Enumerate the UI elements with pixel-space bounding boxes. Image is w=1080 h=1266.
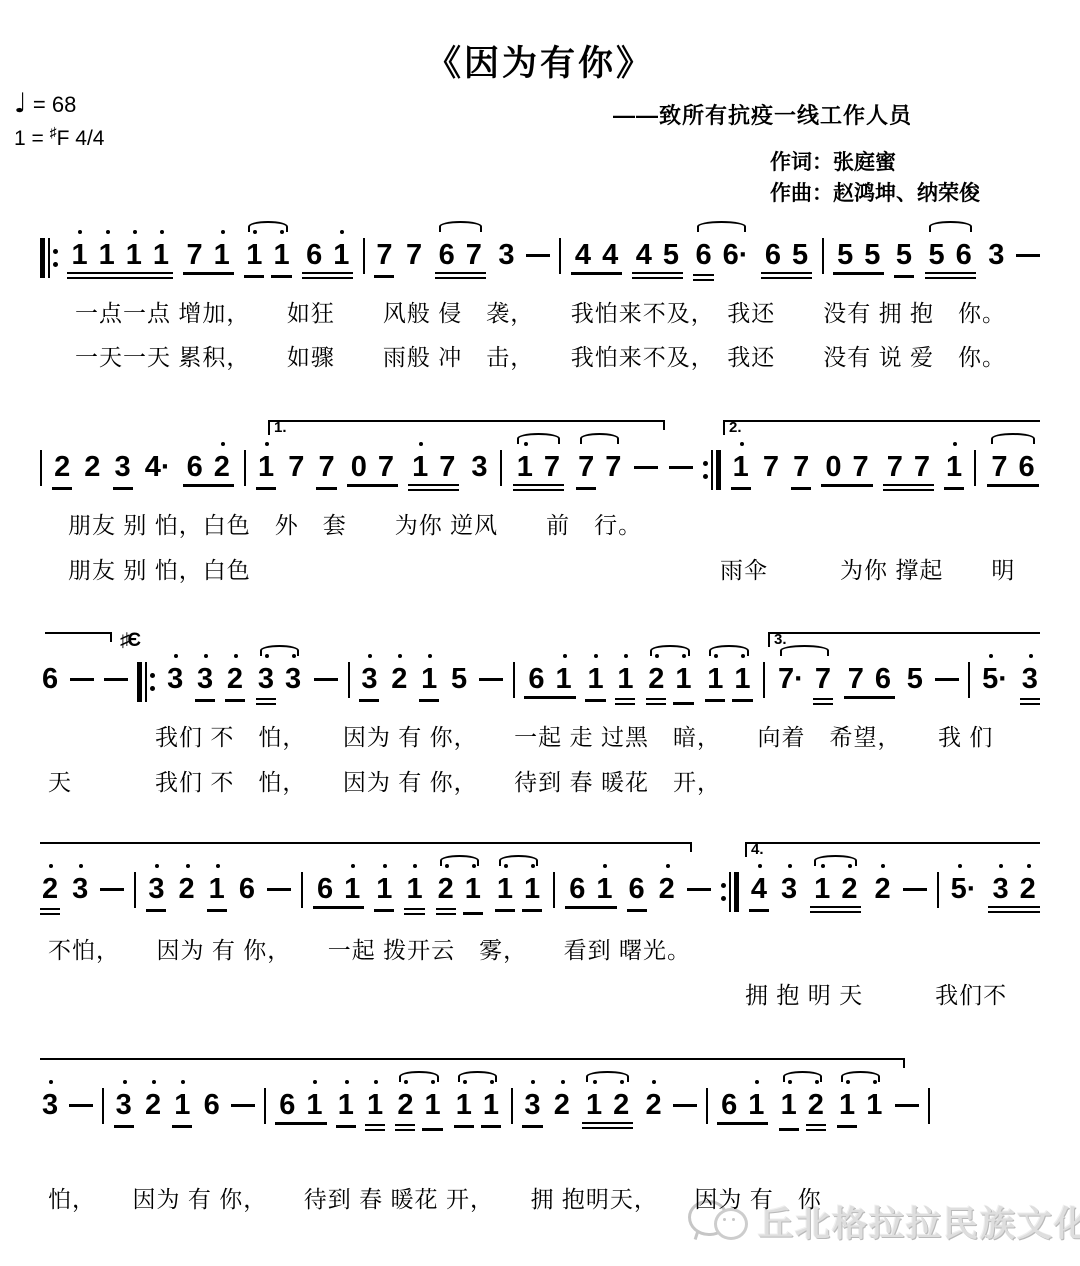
note: 1 xyxy=(463,872,483,915)
note: 3 xyxy=(165,662,185,696)
note: 1 xyxy=(594,872,614,906)
note: 6 xyxy=(437,238,457,272)
note: 6 xyxy=(202,1088,222,1122)
note: 7 xyxy=(374,238,394,278)
volta-bracket xyxy=(45,632,110,646)
note: 3 xyxy=(70,872,90,906)
duration-dash xyxy=(479,678,503,681)
beam-group: 44 xyxy=(571,238,622,275)
end-repeat-barline xyxy=(721,872,739,912)
note: 1 xyxy=(256,450,276,490)
lyric-line-1-verse1: 一点一点 增加， 如狂 风般 侵 袭， 我怕来不及， 我还 没有 拥 抱 你。 xyxy=(75,300,1006,328)
duration-dash xyxy=(1016,254,1040,257)
note: 0 xyxy=(823,450,843,484)
note: 1 xyxy=(731,450,751,490)
note: 5 xyxy=(449,662,469,696)
note: 5 xyxy=(835,238,855,272)
thick-bar xyxy=(137,662,142,702)
note: 2 xyxy=(225,662,245,702)
thin-bar xyxy=(729,872,731,912)
note: 7 xyxy=(376,450,396,484)
note: 2 xyxy=(611,1088,631,1122)
duration-dash xyxy=(895,1104,919,1107)
slur-group: 11 xyxy=(494,872,543,912)
note: 2 xyxy=(52,450,72,490)
music-line-5: 332166111211132122611211 xyxy=(40,1088,930,1148)
barline xyxy=(134,872,136,908)
note: 1 xyxy=(422,1088,442,1131)
thin-bar xyxy=(711,450,713,490)
note: 6· xyxy=(721,238,751,281)
slur-group: 12 xyxy=(581,1088,634,1129)
segno-mark: ♯Є xyxy=(120,630,139,652)
note: 1 xyxy=(837,1088,857,1128)
note: 5 xyxy=(790,238,810,272)
note: 3 xyxy=(359,662,379,702)
note: 7 xyxy=(404,238,424,272)
barline xyxy=(348,662,350,698)
note: 1 xyxy=(732,662,752,702)
note: 2 xyxy=(657,872,677,906)
sheet-music-page: 《因为有你》 ♩ = 68 1 = ♯F 4/4 ——致所有抗疫一线工作人员 作… xyxy=(0,0,1080,1266)
slur-group: 67 xyxy=(434,238,487,279)
note: 7 xyxy=(603,450,623,490)
note: 1 xyxy=(673,662,693,705)
note: 4 xyxy=(600,238,620,272)
beam-group: 1111 xyxy=(67,238,173,279)
barline xyxy=(244,450,246,486)
thin-bar xyxy=(48,238,50,278)
repeat-dots xyxy=(150,662,155,702)
slur-group: 11 xyxy=(243,238,292,278)
lyric-line-2-verse1: 朋友 别 怕，白色 外 套 为你 逆风 前 行。 xyxy=(68,512,642,540)
sharp-icon: ♯ xyxy=(50,124,57,140)
barline xyxy=(928,1088,930,1124)
music-line-1: 111171116177673444566·65555563 xyxy=(40,238,1040,298)
note: 1 xyxy=(207,872,227,912)
duration-dash xyxy=(935,678,959,681)
slur-group: 7·7 xyxy=(775,662,834,705)
note: 4 xyxy=(634,238,654,272)
note: 6 xyxy=(526,662,546,696)
note: 7 xyxy=(576,450,596,490)
note: 2 xyxy=(643,1088,663,1122)
note: 1 xyxy=(584,1088,604,1122)
note: 7 xyxy=(185,238,205,272)
music-line-2: 2234·6217707173177717707771761.2. xyxy=(40,450,1040,510)
lyric-line-3-verse1: 我们 不 怕， 因为 有 你， 一起 走 过黑 暗， 向着 希望， 我 们 xyxy=(155,724,993,752)
note: 6 xyxy=(277,1088,297,1122)
note: 3 xyxy=(1020,662,1040,705)
beam-group: 17 xyxy=(408,450,459,491)
thin-bar xyxy=(145,662,147,702)
barline xyxy=(513,662,515,698)
beam-group: 55 xyxy=(833,238,884,275)
volta-label: 1. xyxy=(268,420,287,435)
beam-group: 61 xyxy=(524,662,575,699)
note: 6 xyxy=(567,872,587,906)
note: 3 xyxy=(256,662,276,705)
note: 5 xyxy=(862,238,882,272)
slur-group: 76 xyxy=(986,450,1039,487)
note: 1 xyxy=(554,662,574,696)
duration-dash xyxy=(267,888,291,891)
volta-bracket: 4. xyxy=(745,842,1040,856)
note: 1 xyxy=(212,238,232,272)
beam-group: 17 xyxy=(513,450,564,491)
note: 7 xyxy=(791,450,811,490)
note: 7 xyxy=(542,450,562,484)
note: 1 xyxy=(244,238,264,278)
notation-row-1: 111171116177673444566·65555563 xyxy=(40,238,1040,281)
key-signature: 1 = ♯F 4/4 xyxy=(14,124,104,151)
note: 6 xyxy=(719,1088,739,1122)
note: 2 xyxy=(82,450,102,484)
end-repeat-barline xyxy=(703,450,721,490)
duration-dash xyxy=(687,888,711,891)
note: 7 xyxy=(813,662,833,705)
note: 2 xyxy=(212,450,232,484)
note: 2 xyxy=(839,872,859,906)
barline xyxy=(511,1088,513,1124)
duration-dash xyxy=(100,888,124,891)
note: 7 xyxy=(464,238,484,272)
beam-group: 65 xyxy=(761,238,812,279)
note: 3 xyxy=(146,872,166,912)
volta-bracket xyxy=(40,842,690,856)
note: 6 xyxy=(954,238,974,272)
note: 1 xyxy=(69,238,89,272)
note: 2 xyxy=(436,872,456,915)
music-line-3: 6332333215611121117·77655·33.♯Є xyxy=(40,662,1040,722)
beam-group: 61 xyxy=(275,1088,326,1125)
begin-repeat-barline xyxy=(137,662,155,702)
beam-group: 07 xyxy=(821,450,872,487)
note: 1 xyxy=(515,450,535,484)
beam-group: 76 xyxy=(987,450,1038,487)
slur-group: 21 xyxy=(645,662,694,705)
note: 1 xyxy=(304,1088,324,1122)
note: 2 xyxy=(646,662,666,705)
duration-dash xyxy=(903,888,927,891)
beam-group: 77 xyxy=(883,450,934,491)
notation-row-3: 6332333215611121117·77655·3 xyxy=(40,662,1040,705)
duration-dash xyxy=(634,466,658,469)
note: 3 xyxy=(779,872,799,906)
dedication: ——致所有抗疫一线工作人员 xyxy=(613,99,912,130)
repeat-dots xyxy=(721,872,726,912)
note: 1 xyxy=(705,662,725,702)
note: 3 xyxy=(113,450,133,490)
volta-bracket: 1. xyxy=(268,420,663,434)
thick-bar xyxy=(40,238,45,278)
notation-row-4: 233216611121116162431225·32 xyxy=(40,872,1040,915)
note: 2 xyxy=(806,1088,826,1131)
note: 2 xyxy=(143,1088,163,1122)
slur-group: 17 xyxy=(512,450,565,491)
duration-dash xyxy=(314,678,338,681)
note: 0 xyxy=(349,450,369,484)
key-value: F 4/4 xyxy=(57,127,105,150)
composer-credit: 作曲：赵鸿坤、纳荣俊 xyxy=(770,177,980,207)
beam-group: 62 xyxy=(183,450,234,487)
note: 1 xyxy=(124,238,144,272)
note: 5· xyxy=(980,662,1010,696)
note: 1 xyxy=(812,872,832,906)
duration-dash xyxy=(673,1104,697,1107)
lyric-line-3-verse2-pickup: 天 xyxy=(48,769,72,797)
note: 2 xyxy=(552,1088,572,1122)
slur-group: 12 xyxy=(809,872,862,913)
volta-bracket xyxy=(40,1058,903,1072)
note: 1 xyxy=(342,872,362,906)
lyric-line-2-verse2-right: 雨伞 为你 撑起 明 xyxy=(720,557,1015,585)
barline xyxy=(264,1088,266,1124)
slur-group: 33 xyxy=(255,662,304,705)
note: 6 xyxy=(873,662,893,696)
beam-group: 61 xyxy=(717,1088,768,1125)
note: 1 xyxy=(481,1088,501,1128)
note: 4· xyxy=(143,450,173,484)
note: 7 xyxy=(989,450,1009,484)
beam-group: 07 xyxy=(347,450,398,487)
note: 1 xyxy=(495,872,515,912)
barline xyxy=(559,238,561,274)
note: 7 xyxy=(846,662,866,696)
note: 1 xyxy=(585,662,605,702)
lyric-line-1-verse2: 一天一天 累积， 如骤 雨般 冲 击， 我怕来不及， 我还 没有 说 爱 你。 xyxy=(75,344,1006,372)
slur-group: 77 xyxy=(575,450,624,490)
beam-group: 56 xyxy=(925,238,976,279)
note: 6 xyxy=(185,450,205,484)
barline xyxy=(500,450,502,486)
barline xyxy=(102,1088,104,1124)
note: 4 xyxy=(749,872,769,912)
lyric-line-3-verse2: 我们 不 怕， 因为 有 你， 待到 春 暖花 开， xyxy=(155,769,721,797)
note: 3 xyxy=(990,872,1010,906)
duration-dash xyxy=(231,1104,255,1107)
note: 1 xyxy=(97,238,117,272)
barline xyxy=(937,872,939,908)
note: 1 xyxy=(404,872,424,915)
note: 1 xyxy=(172,1088,192,1128)
volta-bracket: 2. xyxy=(723,420,1040,434)
song-title: 《因为有你》 xyxy=(0,36,1080,86)
slur-group: 12 xyxy=(778,1088,827,1131)
note: 6 xyxy=(237,872,257,906)
note: 1 xyxy=(365,1088,385,1131)
note: 1 xyxy=(419,662,439,702)
note: 7 xyxy=(761,450,781,484)
note: 5 xyxy=(661,238,681,272)
lyric-line-2-verse2-left: 朋友 别 怕，白色 xyxy=(68,557,251,585)
note: 3 xyxy=(469,450,489,484)
thick-bar xyxy=(734,872,739,912)
barline xyxy=(968,662,970,698)
duration-dash xyxy=(70,678,94,681)
beam-group: 61 xyxy=(302,238,353,279)
barline xyxy=(822,238,824,274)
note: 3 xyxy=(40,1088,60,1122)
note: 1 xyxy=(374,872,394,912)
begin-repeat-barline xyxy=(40,238,58,278)
slur-group: 11 xyxy=(836,1088,885,1128)
repeat-dots xyxy=(703,450,708,490)
note: 2 xyxy=(1018,872,1038,906)
tempo-value: = 68 xyxy=(33,92,76,117)
note: 1 xyxy=(746,1088,766,1122)
duration-dash xyxy=(669,466,693,469)
volta-label: 2. xyxy=(723,420,742,435)
quarter-note-icon: ♩ xyxy=(14,88,27,119)
note: 1 xyxy=(151,238,171,272)
note: 1 xyxy=(331,238,351,272)
beam-group: 76 xyxy=(844,662,895,699)
note: 2 xyxy=(872,872,892,906)
note: 1 xyxy=(944,450,964,490)
beam-group: 71 xyxy=(183,238,234,275)
music-line-4: 233216611121116162431225·324. xyxy=(40,872,1040,932)
beam-group: 67 xyxy=(435,238,486,279)
duration-dash xyxy=(69,1104,93,1107)
note: 7 xyxy=(885,450,905,484)
duration-dash xyxy=(104,678,128,681)
note: 1 xyxy=(454,1088,474,1128)
lyric-line-4-verse2: 拥 抱 明 天 我们不 xyxy=(745,982,1007,1010)
lyricist-credit: 作词：张庭蜜 xyxy=(770,146,896,176)
beam-group: 12 xyxy=(582,1088,633,1129)
note: 3 xyxy=(986,238,1006,272)
note: 3 xyxy=(114,1088,134,1128)
note: 5 xyxy=(927,238,947,272)
note: 2 xyxy=(395,1088,415,1131)
barline xyxy=(40,450,42,486)
note: 7 xyxy=(316,450,336,490)
barline xyxy=(363,238,365,274)
note: 3 xyxy=(522,1088,542,1128)
lyric-line-5: 怕， 因为 有 你， 待到 春 暖花 开， 拥 抱明天， 因为 有 你 xyxy=(48,1186,822,1214)
slur-group: 21 xyxy=(394,1088,443,1131)
lyric-line-4-verse1: 不怕， 因为 有 你， 一起 拨开云 雾， 看到 曙光。 xyxy=(48,937,691,965)
barline xyxy=(763,662,765,698)
volta-label: 3. xyxy=(768,632,787,647)
beam-group: 61 xyxy=(313,872,364,909)
volta-bracket: 3. xyxy=(768,632,1040,646)
note: 2 xyxy=(389,662,409,696)
beam-group: 61 xyxy=(565,872,616,909)
note: 1 xyxy=(522,872,542,912)
note: 5 xyxy=(894,238,914,278)
note: 1 xyxy=(779,1088,799,1131)
volta-label: 4. xyxy=(745,842,764,857)
note: 6 xyxy=(315,872,335,906)
barline xyxy=(553,872,555,908)
note: 3 xyxy=(283,662,303,705)
note: 1 xyxy=(864,1088,884,1128)
barline xyxy=(301,872,303,908)
note: 1 xyxy=(271,238,291,278)
note: 2 xyxy=(177,872,197,906)
note: 6 xyxy=(1016,450,1036,484)
note: 5· xyxy=(949,872,979,906)
note: 7 xyxy=(912,450,932,484)
repeat-dots xyxy=(53,238,58,278)
note: 4 xyxy=(573,238,593,272)
slur-group: 11 xyxy=(453,1088,502,1128)
duration-dash xyxy=(526,254,550,257)
note: 7· xyxy=(776,662,806,705)
tempo-marking: ♩ = 68 xyxy=(14,88,76,119)
key-prefix: 1 = xyxy=(14,127,50,150)
barline xyxy=(974,450,976,486)
beam-group: 12 xyxy=(810,872,861,913)
note: 6 xyxy=(763,238,783,272)
note: 2 xyxy=(40,872,60,915)
note: 1 xyxy=(336,1088,356,1128)
note: 3 xyxy=(496,238,516,272)
notation-row-2: 2234·621770717317771770777176 xyxy=(40,450,1040,491)
note: 7 xyxy=(286,450,306,484)
slur-group: 56 xyxy=(924,238,977,279)
note: 6 xyxy=(627,872,647,912)
note: 7 xyxy=(437,450,457,484)
note: 5 xyxy=(905,662,925,696)
note: 3 xyxy=(195,662,215,702)
barline xyxy=(706,1088,708,1124)
note: 6 xyxy=(693,238,713,281)
slur-group: 21 xyxy=(435,872,484,915)
beam-group: 45 xyxy=(632,238,683,279)
note: 6 xyxy=(40,662,60,696)
note: 6 xyxy=(304,238,324,272)
slur-group: 66· xyxy=(692,238,751,281)
note: 7 xyxy=(850,450,870,484)
slur-group: 11 xyxy=(704,662,753,702)
thick-bar xyxy=(716,450,721,490)
notation-row-5: 332166111211132122611211 xyxy=(40,1088,930,1131)
note: 1 xyxy=(615,662,635,705)
beam-group: 32 xyxy=(988,872,1039,913)
note: 1 xyxy=(410,450,430,484)
